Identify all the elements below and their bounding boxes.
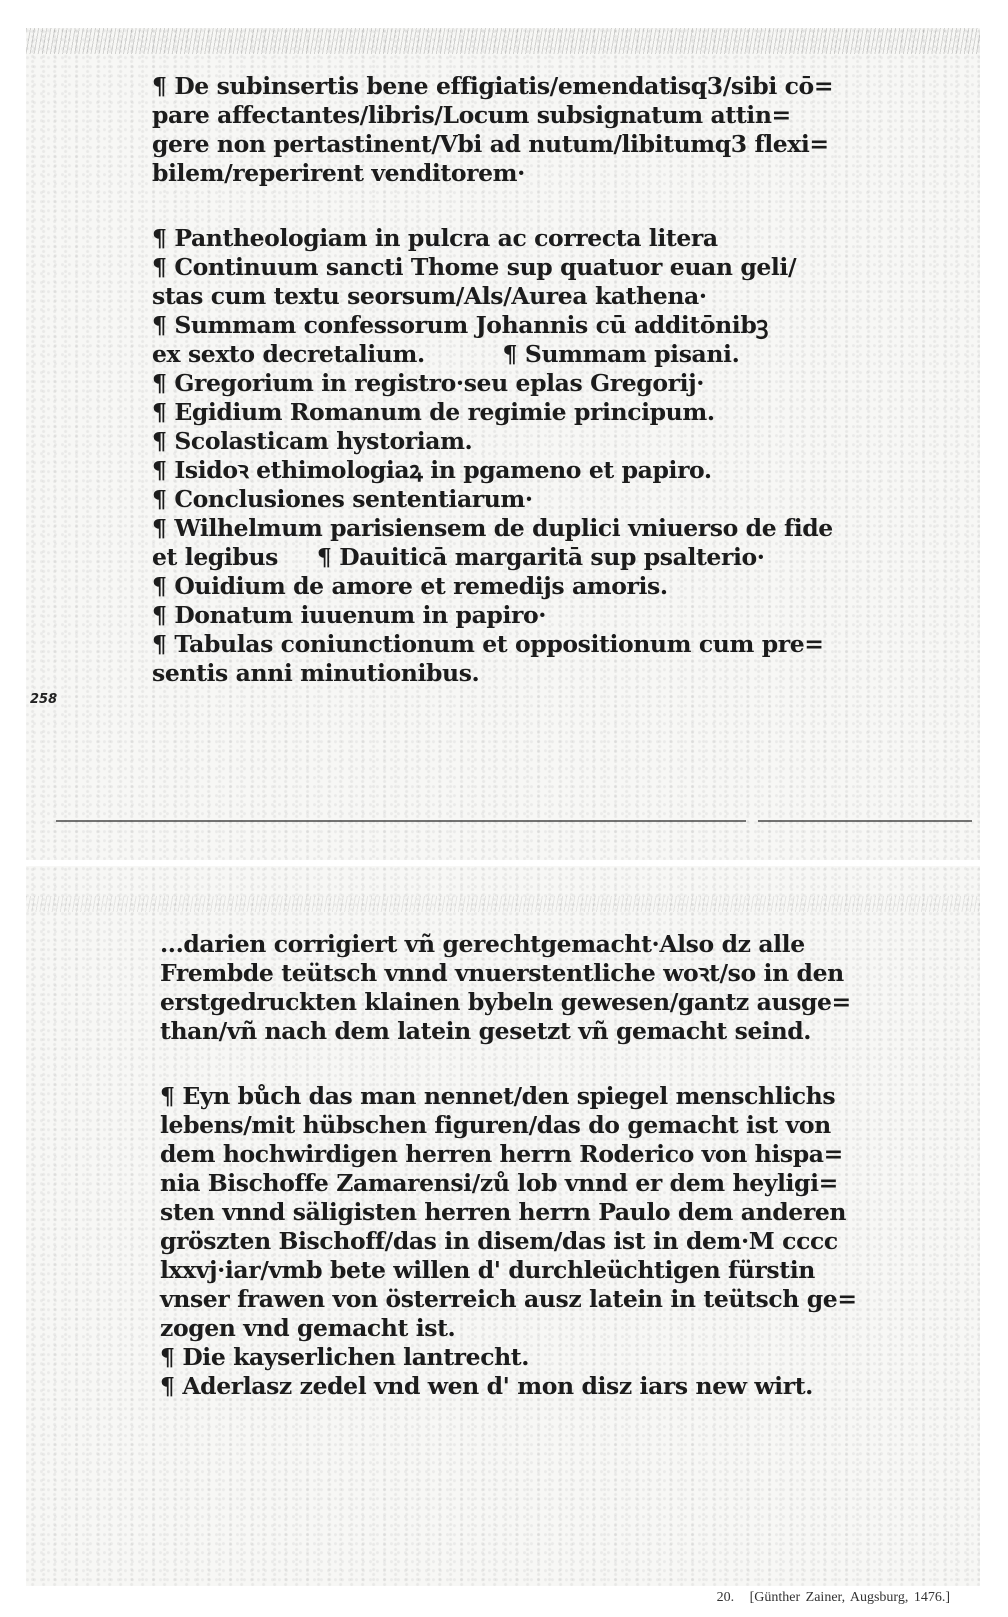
text-line: ¶ De subinsertis bene effigiatis/emendat… (152, 72, 832, 101)
scan-noise-band (26, 28, 980, 54)
text-line: dem hochwirdigen herren herrn Roderico v… (160, 1140, 850, 1169)
text-line: Frembde teütsch vnnd vnuerstentliche woꝛ… (160, 959, 850, 988)
list-item: ¶ Ouidium de amore et remedijs amoris. (152, 572, 832, 601)
page-edge-line (758, 820, 972, 822)
top-page-text: ¶ De subinsertis bene effigiatis/emendat… (152, 72, 832, 688)
text-line: pare affectantes/libris/Locum subsignatu… (152, 101, 832, 130)
list-item: ¶ Pantheologiam in pulcra ac correcta li… (152, 224, 832, 253)
page-edge-line (56, 820, 746, 822)
text-line: erstgedruckten klainen bybeln gewesen/ga… (160, 988, 850, 1017)
figure-caption: 20. [Günther Zainer, Augsburg, 1476.] (717, 1590, 950, 1606)
list-item: ¶ Wilhelmum parisiensem de duplici vniue… (152, 514, 832, 543)
text-line: ...darien corrigiert vñ gerechtgemacht·A… (160, 930, 850, 959)
text-line: ex sexto decretalium. ¶ Summam pisani. (152, 340, 832, 369)
text-line: et legibus ¶ Dauiticā margaritā sup psal… (152, 543, 832, 572)
text-line: than/vñ nach dem latein gesetzt vñ gemac… (160, 1017, 850, 1046)
text-line: bilem/reperirent venditorem· (152, 159, 832, 188)
list-item: ¶ Gregorium in registro·seu eplas Gregor… (152, 369, 832, 398)
list-item: ¶ Continuum sancti Thome sup quatuor eua… (152, 253, 832, 282)
paragraph-gap (160, 1046, 850, 1082)
caption-text: [Günther Zainer, Augsburg, 1476.] (750, 1590, 950, 1605)
list-item: ¶ Donatum iuuenum in papiro· (152, 601, 832, 630)
text-line: gere non pertastinent/Vbi ad nutum/libit… (152, 130, 832, 159)
list-item: ¶ Egidium Romanum de regimie principum. (152, 398, 832, 427)
scan-noise-band (26, 896, 980, 912)
list-item: ¶ Summam confessorum Johannis cū additōn… (152, 311, 832, 340)
text-line: sten vnnd säligisten herren herrn Paulo … (160, 1198, 850, 1227)
list-item: ¶ Scolasticam hystoriam. (152, 427, 832, 456)
text-line: zogen vnd gemacht ist. (160, 1314, 850, 1343)
text-line: gröszten Bischoff/das in disem/das ist i… (160, 1227, 850, 1256)
list-item: ¶ Aderlasz zedel vnd wen d' mon disz iar… (160, 1372, 850, 1401)
list-item: ¶ Isidoꝛ ethimologiaꝝ in pgameno et papi… (152, 456, 832, 485)
bottom-page-text: ...darien corrigiert vñ gerechtgemacht·A… (160, 930, 850, 1401)
margin-page-number: 258 (30, 692, 57, 707)
text-line: nia Bischoffe Zamarensi/zů lob vnnd er d… (160, 1169, 850, 1198)
list-item: ¶ Tabulas coniunctionum et oppositionum … (152, 630, 832, 659)
caption-number: 20. (717, 1590, 735, 1605)
list-item: ¶ Die kayserlichen lantrecht. (160, 1343, 850, 1372)
text-line: lebens/mit hübschen figuren/das do gemac… (160, 1111, 850, 1140)
text-line: sentis anni minutionibus. (152, 659, 832, 688)
paragraph-gap (152, 188, 832, 224)
list-item: ¶ Eyn bůch das man nennet/den spiegel me… (160, 1082, 850, 1111)
text-line: stas cum textu seorsum/Als/Aurea kathena… (152, 282, 832, 311)
text-line: lxxvj·iar/vmb bete willen d' durchleücht… (160, 1256, 850, 1285)
text-line: vnser frawen von österreich ausz latein … (160, 1285, 850, 1314)
list-item: ¶ Conclusiones sententiarum· (152, 485, 832, 514)
